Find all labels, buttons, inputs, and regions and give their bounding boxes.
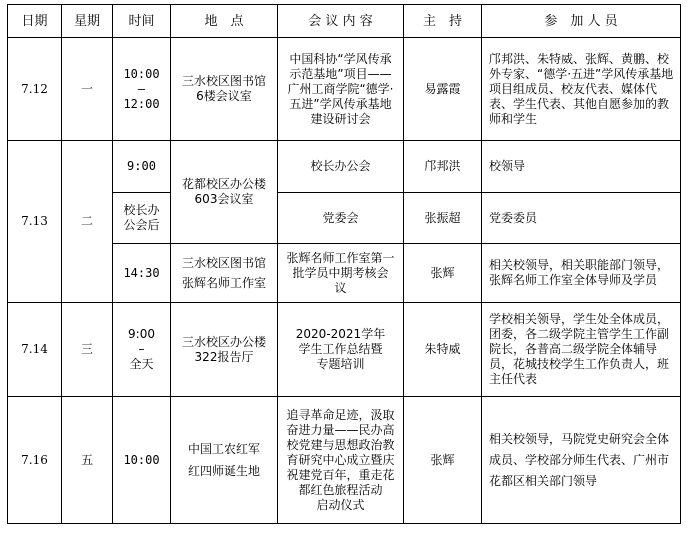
- attendees-cell: 相关校领导，马院党史研究会全体成员、学校部分师生代表、广州市花都区相关部门领导: [482, 397, 681, 524]
- time-cell: 14:30: [113, 244, 171, 303]
- content-cell: 2020-2021学年 学生工作总结暨 专题培训: [278, 303, 404, 397]
- date-cell: 7.13: [8, 141, 62, 303]
- time-cell: 9:00 – 全天: [113, 303, 171, 397]
- header-row: 日期 星期 时间 地 点 会 议 内 容 主 持 参 加 人 员: [8, 5, 681, 38]
- content-cell: 党委会: [278, 193, 404, 244]
- header-time: 时间: [113, 5, 171, 38]
- attendees-cell: 邝邦洪、朱特威、张辉、黄鹏、校外专家、“德学·五进”学风传承基地项目组成员、校友…: [482, 38, 681, 141]
- host-cell: 张辉: [404, 397, 482, 524]
- date-cell: 7.16: [8, 397, 62, 524]
- table-row: 7.12 一 10:00 – 12:00 三水校区图书馆 6楼会议室 中国科协“…: [8, 38, 681, 141]
- time-cell: 9:00: [113, 141, 171, 193]
- attendees-cell: 相关校领导，相关职能部门领导，张辉名师工作室全体导师及学员: [482, 244, 681, 303]
- host-cell: 易露霞: [404, 38, 482, 141]
- location-cell: 中国工农红军 红四师诞生地: [171, 397, 278, 524]
- header-date: 日期: [8, 5, 62, 38]
- attendees-cell: 校领导: [482, 141, 681, 193]
- content-cell: 张辉名师工作室第一批学员中期考核会 议: [278, 244, 404, 303]
- weekday-cell: 五: [62, 397, 113, 524]
- header-location: 地 点: [171, 5, 278, 38]
- header-host: 主 持: [404, 5, 482, 38]
- attendees-cell: 学校相关领导，学生处全体成员，团委，各二级学院主管学生工作副院长，各普高二级学院…: [482, 303, 681, 397]
- location-cell: 花都校区办公楼 603会议室: [171, 141, 278, 244]
- time-cell: 10:00: [113, 397, 171, 524]
- weekday-cell: 一: [62, 38, 113, 141]
- header-weekday: 星期: [62, 5, 113, 38]
- date-cell: 7.12: [8, 38, 62, 141]
- host-cell: 张振超: [404, 193, 482, 244]
- location-cell: 三水校区图书馆 6楼会议室: [171, 38, 278, 141]
- table-row: 7.16 五 10:00 中国工农红军 红四师诞生地 追寻革命足迹，汲取奋进力量…: [8, 397, 681, 524]
- host-cell: 邝邦洪: [404, 141, 482, 193]
- weekday-cell: 二: [62, 141, 113, 303]
- content-cell: 中国科协“学风传承示范基地”项目——广州工商学院“德学·五进”学风传承基地建设研…: [278, 38, 404, 141]
- content-cell: 追寻革命足迹，汲取奋进力量——民办高校党建与思想政治教育研究中心成立暨庆祝建党百…: [278, 397, 404, 524]
- table-row: 7.14 三 9:00 – 全天 三水校区办公楼 322报告厅 2020-202…: [8, 303, 681, 397]
- time-cell: 校长办 公会后: [113, 193, 171, 244]
- header-content: 会 议 内 容: [278, 5, 404, 38]
- host-cell: 朱特威: [404, 303, 482, 397]
- weekday-cell: 三: [62, 303, 113, 397]
- date-cell: 7.14: [8, 303, 62, 397]
- attendees-cell: 党委委员: [482, 193, 681, 244]
- header-attendees: 参 加 人 员: [482, 5, 681, 38]
- time-cell: 10:00 – 12:00: [113, 38, 171, 141]
- table-row: 7.13 二 9:00 花都校区办公楼 603会议室 校长办公会 邝邦洪 校领导: [8, 141, 681, 193]
- meeting-schedule-table: 日期 星期 时间 地 点 会 议 内 容 主 持 参 加 人 员 7.12 一 …: [7, 4, 681, 524]
- content-cell: 校长办公会: [278, 141, 404, 193]
- host-cell: 张辉: [404, 244, 482, 303]
- location-cell: 三水校区办公楼 322报告厅: [171, 303, 278, 397]
- location-cell: 三水校区图书馆 张辉名师工作室: [171, 244, 278, 303]
